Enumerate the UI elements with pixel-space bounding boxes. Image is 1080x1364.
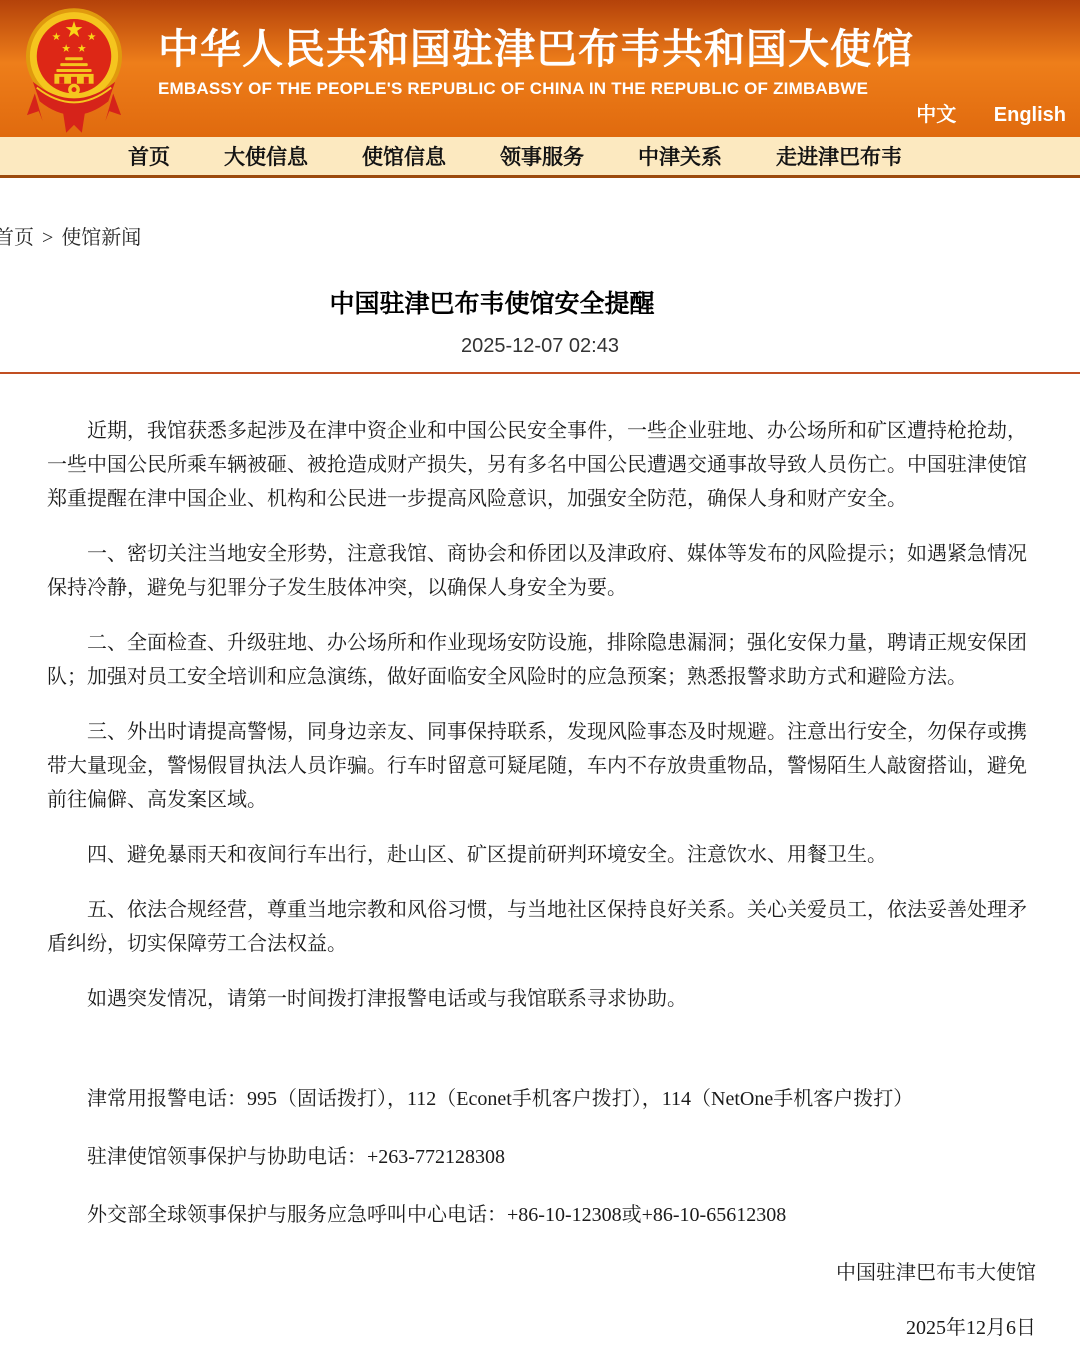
emergency-contact-line: 外交部全球领事保护与服务应急呼叫中心电话：+86-10-12308或+86-10…: [47, 1198, 1036, 1232]
article-paragraph: 三、外出时请提高警惕，同身边亲友、同事保持联系，发现风险事态及时规避。注意出行安…: [47, 715, 1036, 817]
article-paragraph: 五、依法合规经营，尊重当地宗教和风俗习惯，与当地社区保持良好关系。关心关爱员工，…: [47, 893, 1036, 961]
breadcrumb-separator: >: [42, 227, 53, 249]
article-body: 近期，我馆获悉多起涉及在津中资企业和中国公民安全事件，一些企业驻地、办公场所和矿…: [0, 374, 1080, 1345]
lang-english-link[interactable]: English: [994, 104, 1066, 126]
nav-item[interactable]: 大使信息: [224, 141, 308, 171]
breadcrumb-current-link[interactable]: 使馆新闻: [61, 227, 141, 249]
emergency-contact-line: 津常用报警电话：995（固话拨打），112（Econet手机客户拨打），114（…: [47, 1082, 1036, 1116]
site-title-chinese: 中华人民共和国驻津巴布韦共和国大使馆: [158, 26, 914, 72]
site-header: 中华人民共和国驻津巴布韦共和国大使馆 EMBASSY OF THE PEOPLE…: [0, 0, 1080, 137]
site-title-block: 中华人民共和国驻津巴布韦共和国大使馆 EMBASSY OF THE PEOPLE…: [158, 26, 914, 99]
article-title: 中国驻津巴布韦使馆安全提醒: [0, 289, 984, 319]
emergency-contact-line: 驻津使馆领事保护与协助电话：+263-772128308: [47, 1140, 1036, 1174]
lang-chinese-link[interactable]: 中文: [916, 104, 956, 126]
article-paragraph: 近期，我馆获悉多起涉及在津中资企业和中国公民安全事件，一些企业驻地、办公场所和矿…: [47, 414, 1036, 516]
china-national-emblem-icon: [25, 5, 123, 135]
main-nav: 首页大使信息使馆信息领事服务中津关系走进津巴布韦: [0, 137, 1080, 178]
article-signature: 中国驻津巴布韦大使馆: [47, 1256, 1036, 1290]
nav-item[interactable]: 走进津巴布韦: [776, 141, 902, 171]
nav-item[interactable]: 使馆信息: [362, 141, 446, 171]
article-paragraphs: 近期，我馆获悉多起涉及在津中资企业和中国公民安全事件，一些企业驻地、办公场所和矿…: [47, 414, 1036, 1016]
breadcrumb-home-link[interactable]: 首页: [0, 227, 34, 249]
article-paragraph: 四、避免暴雨天和夜间行车出行，赴山区、矿区提前研判环境安全。注意饮水、用餐卫生。: [47, 838, 1036, 872]
article-paragraph: 一、密切关注当地安全形势，注意我馆、商协会和侨团以及津政府、媒体等发布的风险提示…: [47, 537, 1036, 605]
article-paragraph: 二、全面检查、升级驻地、办公场所和作业现场安防设施，排除隐患漏洞；强化安保力量，…: [47, 626, 1036, 694]
article: 中国驻津巴布韦使馆安全提醒 2025-12-07 02:43 近期，我馆获悉多起…: [0, 289, 1080, 1345]
nav-item[interactable]: 中津关系: [638, 141, 722, 171]
site-title-english: EMBASSY OF THE PEOPLE'S REPUBLIC OF CHIN…: [158, 79, 914, 99]
language-switcher: 中文 English: [884, 98, 1066, 127]
article-datetime: 2025-12-07 02:43: [0, 335, 1080, 358]
nav-item[interactable]: 领事服务: [500, 141, 584, 171]
article-paragraph: 如遇突发情况，请第一时间拨打津报警电话或与我馆联系寻求协助。: [47, 982, 1036, 1016]
breadcrumb: 首页>使馆新闻: [0, 225, 1080, 251]
emergency-contact-block: 津常用报警电话：995（固话拨打），112（Econet手机客户拨打），114（…: [47, 1082, 1036, 1232]
nav-item[interactable]: 首页: [128, 141, 170, 171]
article-signature-date: 2025年12月6日: [47, 1311, 1036, 1345]
